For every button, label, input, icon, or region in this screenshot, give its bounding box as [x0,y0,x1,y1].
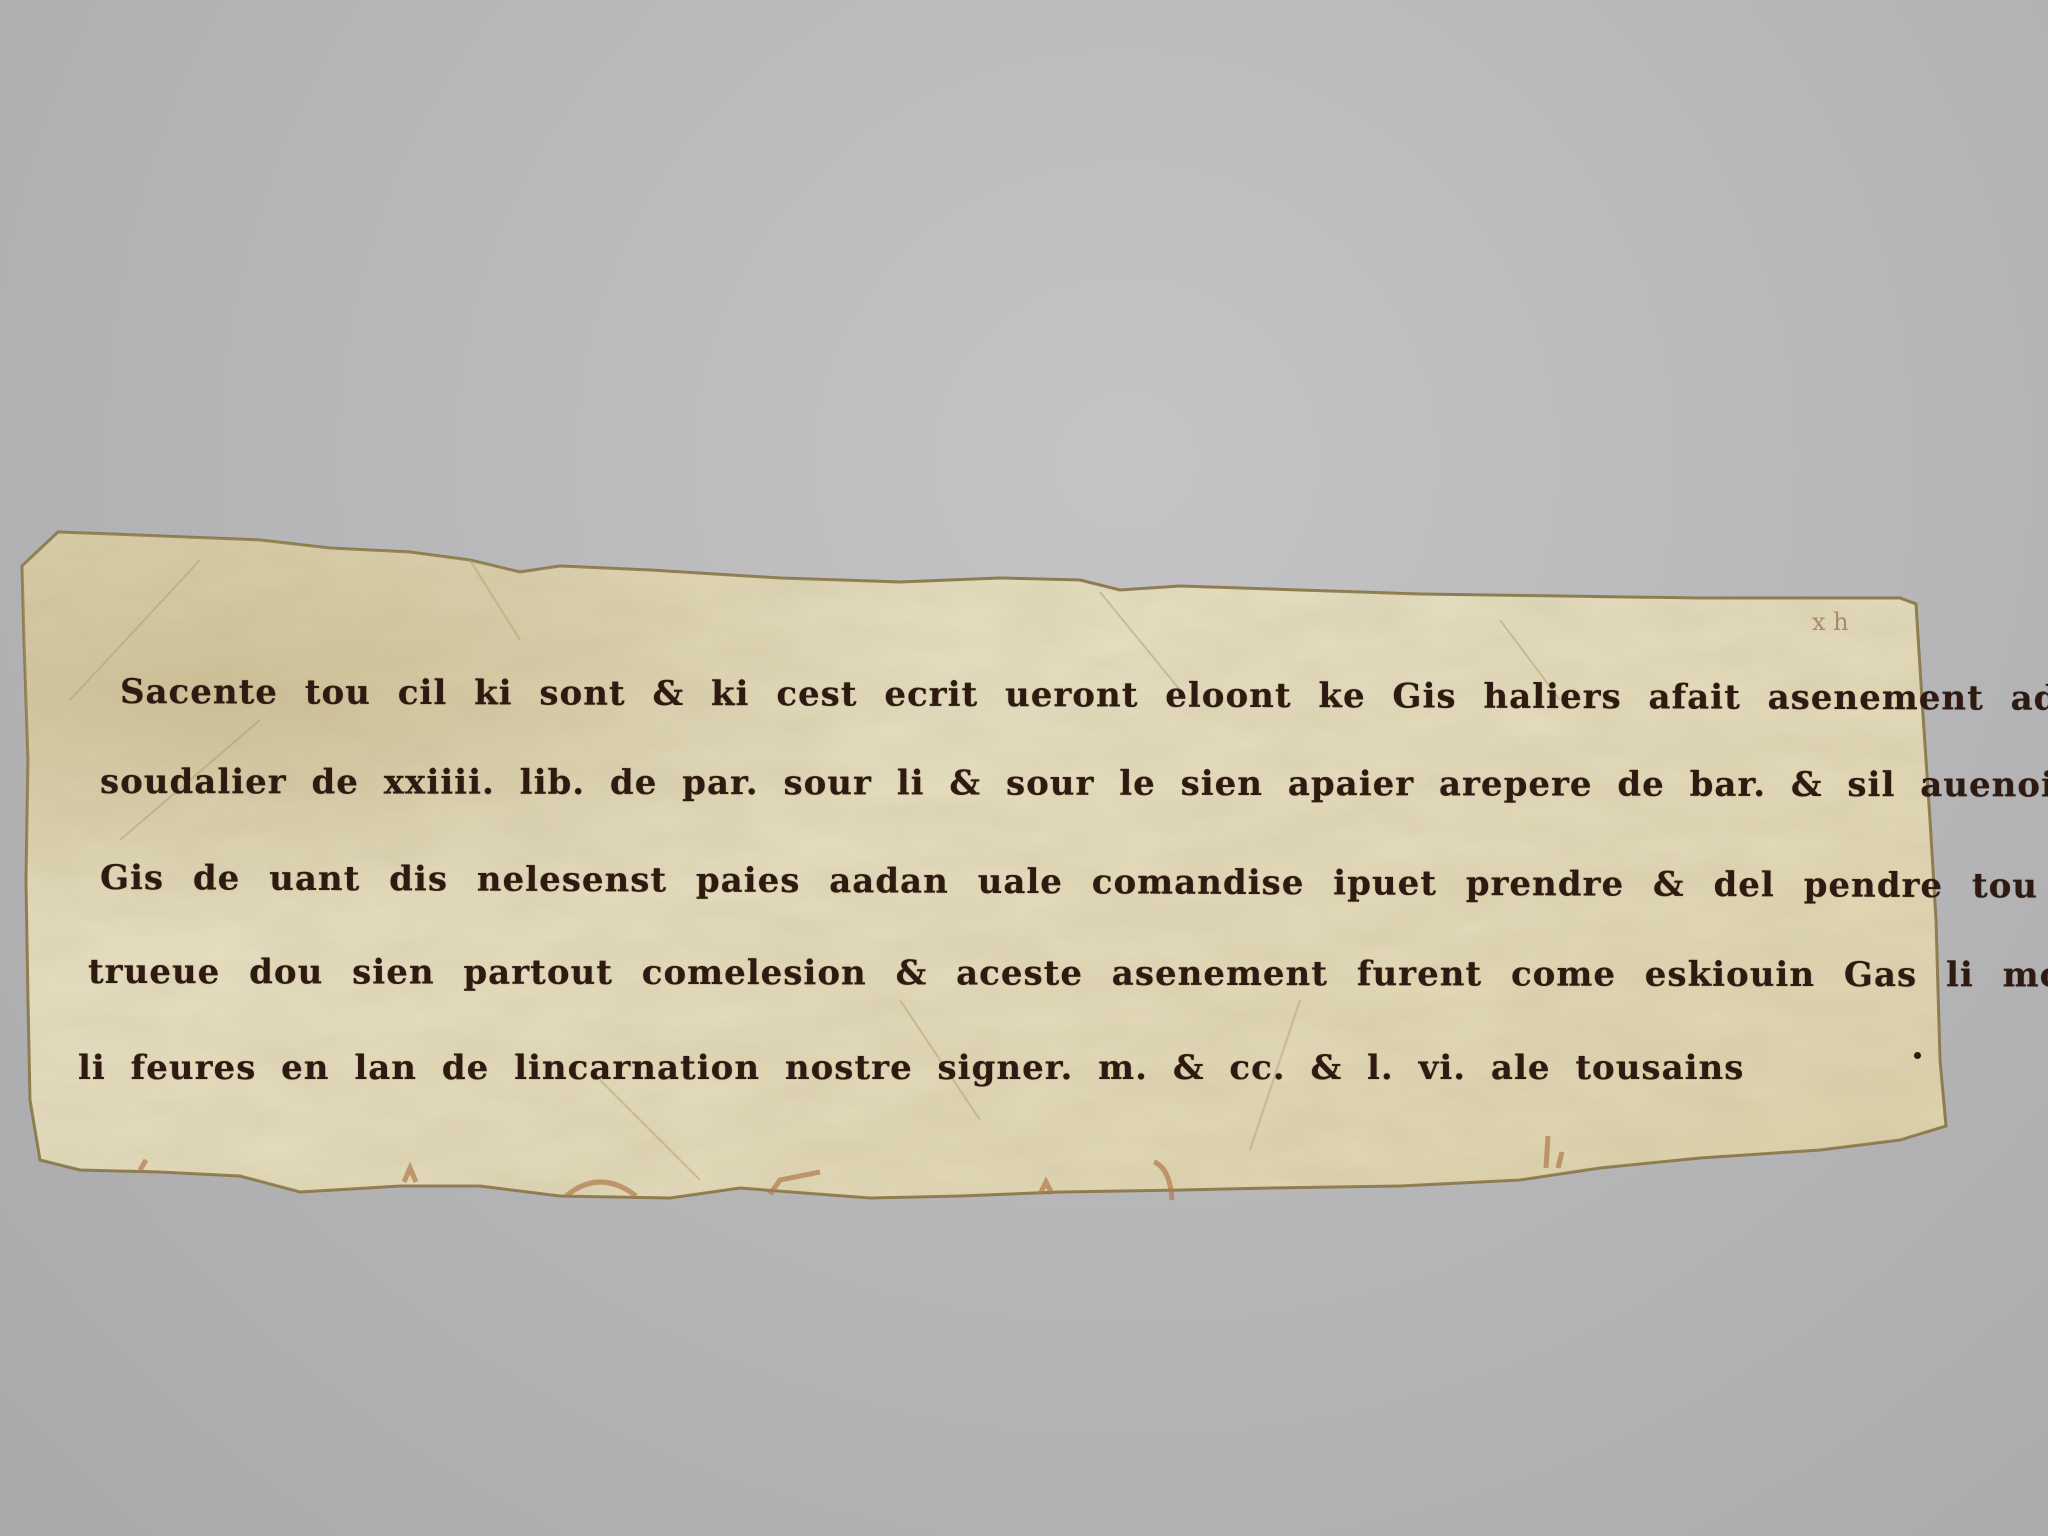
text-line-2: soudalier de xxiiii. lib. de par. sour l… [100,762,2048,806]
ink-dot [1914,1052,1921,1059]
charter-text: Sacente tou cil ki sont & ki cest ecrit … [0,0,2048,1536]
text-line-3: Gis de uant dis nelesenst paies aadan ua… [100,858,2048,907]
text-line-4: trueue dou sien partout comelesion & ace… [88,952,2048,996]
text-line-1: Sacente tou cil ki sont & ki cest ecrit … [120,672,2048,719]
margin-note-top-right: x h [1812,608,1849,636]
text-line-5: li feures en lan de lincarnation nostre … [78,1048,1744,1088]
